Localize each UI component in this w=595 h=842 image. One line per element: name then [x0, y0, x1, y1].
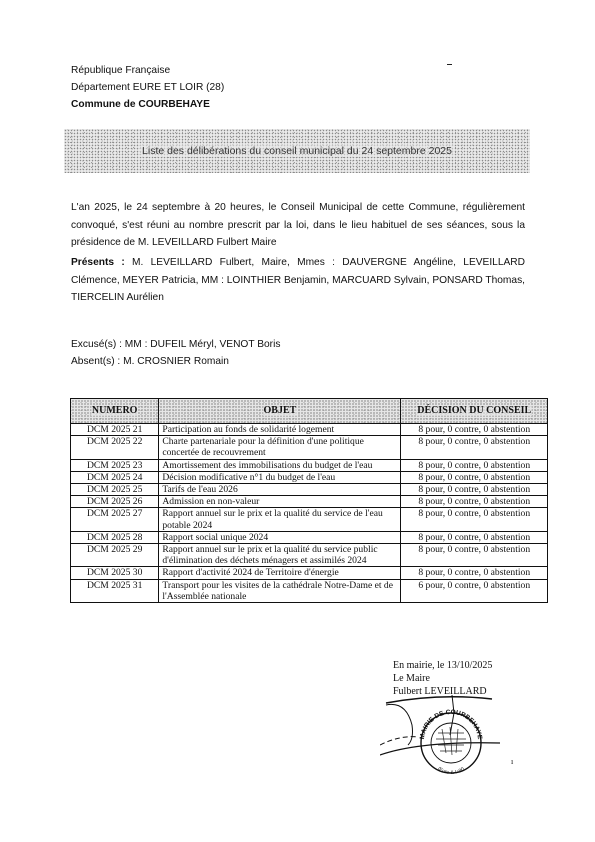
objet-cell: Rapport annuel sur le prix et la qualité…	[159, 508, 401, 531]
stamp-seal-icon: MAIRIE DE COURBEHAYE (Eure-&-Loir)	[380, 695, 540, 785]
decision-cell: 8 pour, 0 contre, 0 abstention	[401, 567, 548, 579]
table-row: DCM 2025 21Participation au fonds de sol…	[71, 424, 548, 436]
document-title: Liste des délibérations du conseil munic…	[140, 145, 454, 157]
table-row: DCM 2025 29Rapport annuel sur le prix et…	[71, 544, 548, 567]
decision-cell: 8 pour, 0 contre, 0 abstention	[401, 508, 548, 531]
document-title-banner: Liste des délibérations du conseil munic…	[64, 129, 530, 173]
table-row: DCM 2025 25Tarifs de l'eau 20268 pour, 0…	[71, 484, 548, 496]
scan-artifact-mark: ı	[511, 757, 513, 766]
table-row: DCM 2025 24Décision modificative n°1 du …	[71, 471, 548, 483]
numero-cell: DCM 2025 30	[71, 567, 159, 579]
intro-paragraph: L'an 2025, le 24 septembre à 20 heures, …	[71, 199, 525, 252]
signature-block: En mairie, le 13/10/2025 Le Maire Fulber…	[393, 659, 492, 698]
deliberations-table: NUMERO OBJET DÉCISION DU CONSEIL DCM 202…	[70, 398, 548, 603]
table-row: DCM 2025 27Rapport annuel sur le prix et…	[71, 508, 548, 531]
presents-label: Présents :	[71, 257, 125, 268]
objet-cell: Rapport annuel sur le prix et la qualité…	[159, 544, 401, 567]
department-line: Département EURE ET LOIR (28)	[71, 79, 224, 96]
excused-line: Excusé(s) : MM : DUFEIL Méryl, VENOT Bor…	[71, 336, 280, 353]
numero-cell: DCM 2025 27	[71, 508, 159, 531]
svg-text:MAIRIE DE COURBEHAYE: MAIRIE DE COURBEHAYE	[419, 709, 483, 740]
table-header-row: NUMERO OBJET DÉCISION DU CONSEIL	[71, 399, 548, 424]
header-numero: NUMERO	[71, 399, 159, 424]
objet-cell: Rapport d'activité 2024 de Territoire d'…	[159, 567, 401, 579]
numero-cell: DCM 2025 29	[71, 544, 159, 567]
absent-line: Absent(s) : M. CROSNIER Romain	[71, 353, 280, 370]
numero-cell: DCM 2025 24	[71, 471, 159, 483]
absences-block: Excusé(s) : MM : DUFEIL Méryl, VENOT Bor…	[71, 336, 280, 370]
objet-cell: Décision modificative n°1 du budget de l…	[159, 471, 401, 483]
numero-cell: DCM 2025 28	[71, 531, 159, 543]
header-objet: OBJET	[159, 399, 401, 424]
decision-cell: 8 pour, 0 contre, 0 abstention	[401, 436, 548, 459]
decision-cell: 8 pour, 0 contre, 0 abstention	[401, 531, 548, 543]
numero-cell: DCM 2025 21	[71, 424, 159, 436]
decision-cell: 8 pour, 0 contre, 0 abstention	[401, 459, 548, 471]
decision-cell: 8 pour, 0 contre, 0 abstention	[401, 496, 548, 508]
table-row: DCM 2025 31Transport pour les visites de…	[71, 579, 548, 602]
decision-cell: 8 pour, 0 contre, 0 abstention	[401, 544, 548, 567]
objet-cell: Tarifs de l'eau 2026	[159, 484, 401, 496]
signature-place-date: En mairie, le 13/10/2025	[393, 659, 492, 672]
country-line: République Française	[71, 62, 224, 79]
numero-cell: DCM 2025 31	[71, 579, 159, 602]
table-row: DCM 2025 26Admission en non-valeur8 pour…	[71, 496, 548, 508]
decision-cell: 8 pour, 0 contre, 0 abstention	[401, 471, 548, 483]
decision-cell: 8 pour, 0 contre, 0 abstention	[401, 424, 548, 436]
signature-role: Le Maire	[393, 672, 492, 685]
svg-text:(Eure-&-Loir): (Eure-&-Loir)	[436, 766, 466, 776]
numero-cell: DCM 2025 26	[71, 496, 159, 508]
decision-cell: 8 pour, 0 contre, 0 abstention	[401, 484, 548, 496]
commune-line: Commune de COURBEHAYE	[71, 96, 224, 113]
decision-cell: 6 pour, 0 contre, 0 abstention	[401, 579, 548, 602]
mayor-stamp-and-signature: MAIRIE DE COURBEHAYE (Eure-&-Loir)	[380, 695, 540, 785]
objet-cell: Participation au fonds de solidarité log…	[159, 424, 401, 436]
numero-cell: DCM 2025 25	[71, 484, 159, 496]
table-row: DCM 2025 30Rapport d'activité 2024 de Te…	[71, 567, 548, 579]
issuer-header: République Française Département EURE ET…	[71, 62, 224, 113]
objet-cell: Admission en non-valeur	[159, 496, 401, 508]
numero-cell: DCM 2025 22	[71, 436, 159, 459]
attendees-paragraph: Présents : M. LEVEILLARD Fulbert, Maire,…	[71, 254, 525, 307]
objet-cell: Transport pour les visites de la cathédr…	[159, 579, 401, 602]
table-row: DCM 2025 28Rapport social unique 20248 p…	[71, 531, 548, 543]
objet-cell: Rapport social unique 2024	[159, 531, 401, 543]
objet-cell: Charte partenariale pour la définition d…	[159, 436, 401, 459]
stray-scan-mark	[447, 64, 452, 65]
table-row: DCM 2025 23Amortissement des immobilisat…	[71, 459, 548, 471]
table-row: DCM 2025 22Charte partenariale pour la d…	[71, 436, 548, 459]
objet-cell: Amortissement des immobilisations du bud…	[159, 459, 401, 471]
presents-list: M. LEVEILLARD Fulbert, Maire, Mmes : DAU…	[71, 257, 525, 303]
numero-cell: DCM 2025 23	[71, 459, 159, 471]
header-decision: DÉCISION DU CONSEIL	[401, 399, 548, 424]
